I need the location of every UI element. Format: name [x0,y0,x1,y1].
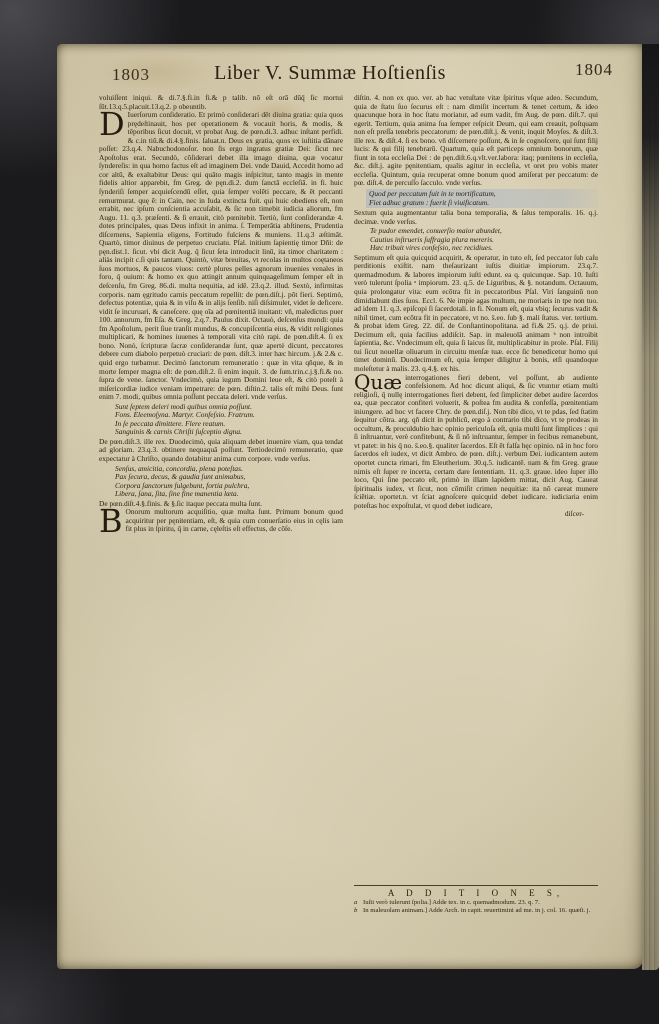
drop-cap-initial: D [99,111,128,137]
verse-block: Te pudor emendet, conuerſio maior abunde… [370,227,598,253]
fore-edge-shadow [642,44,659,970]
paragraph: voluiſſent iniqui. & di.7.§.fi.in fi.& p… [99,94,343,111]
verse-line: Sanguinis & carnis Chriſti ſuſceptio dig… [115,428,343,437]
text-columns: voluiſſent iniqui. & di.7.§.fi.in fi.& p… [99,94,599,917]
photograph-of-book-page: { "header": { "left_page_number": "1803"… [0,0,659,1024]
paragraph: diſtin. 4. non ex quo. ver. ab hac vetuſ… [354,94,598,188]
paragraph: De pœn.diſt.3. ille rex. Duodecimò, quia… [99,438,343,464]
right-column-text: diſtin. 4. non ex quo. ver. ab hac vetuſ… [354,94,598,519]
additiones-entry-label: a [354,899,363,907]
page-title: Liber V. Summæ Hoſtienſis [57,62,603,85]
paragraph-with-dropcap: BOnorum multorum acquiſitio, quæ multa ſ… [99,508,343,534]
paragraph: Sextum quia augmentantur talia bona temp… [354,209,598,226]
page-number-right: 1804 [575,60,613,80]
additiones-entry-text: Iuſti verò tulerunt ſpolia.] Adde tex. i… [363,899,598,907]
right-column: diſtin. 4. non ex quo. ver. ab hac vetuſ… [354,94,598,917]
running-header: 1803 Liber V. Summæ Hoſtienſis 1804 [57,44,643,94]
book-fore-edge-pages [642,44,659,970]
additiones-entry: bIn maleuolam animam.] Adde Arch. in cap… [354,907,598,915]
book-page: 1803 Liber V. Summæ Hoſtienſis 1804 volu… [57,44,643,969]
paragraph: Septimum eſt quia quicquid acquirit, & o… [354,254,598,374]
verse-line: Fiet adhuc gratum : fuerit ſi viuificatu… [369,199,595,208]
drop-cap-initial: B [99,508,126,534]
verse-block: Sunt ſeptem deleri modi quibus omnia poſ… [115,403,343,437]
additiones-entries: aIuſti verò tulerunt ſpolia.] Adde tex. … [354,899,598,915]
additiones-entry-text: In maleuolam animam.] Adde Arch. in capi… [363,907,598,915]
verse-line: Libera, ſana, ſita, ſine fine manentia l… [115,490,343,499]
numbered-section-paragraph: Quæinterrogationes fieri debent, vel poſ… [354,374,598,511]
paragraph-with-dropcap: DIuerſorum conſideratio. Et primò conſid… [99,111,343,402]
verse-block: Senſus, amicitia, concordia, plena poteſ… [115,465,343,499]
highlighted-verse-block: Quod per peccatum fuit in te mortificatu… [366,189,598,208]
section-initial-word: Quæ [354,374,405,390]
additiones-entry: aIuſti verò tulerunt ſpolia.] Adde tex. … [354,899,598,907]
catchword: diſcer- [354,510,598,519]
verse-line: Hæc tribuit vires confeſsio, nec recidiu… [370,244,598,253]
additiones-block: A D D I T I O N E S, aIuſti verò tulerun… [354,885,598,915]
additiones-entry-label: b [354,907,363,915]
left-column: voluiſſent iniqui. & di.7.§.fi.in fi.& p… [99,94,343,917]
additiones-heading: A D D I T I O N E S, [354,889,598,898]
